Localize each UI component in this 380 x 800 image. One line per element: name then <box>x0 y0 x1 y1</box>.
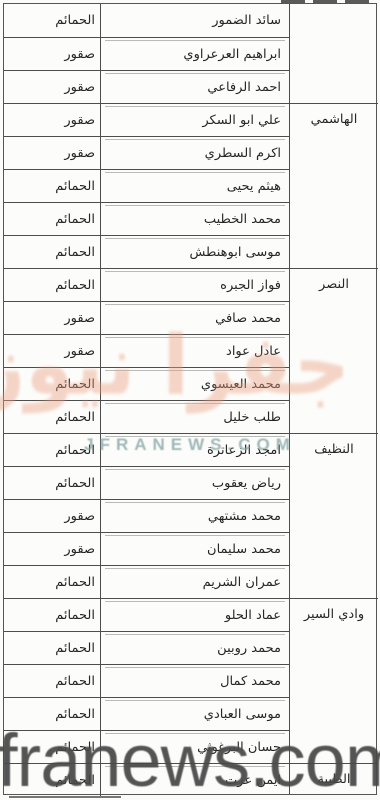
status-cell: صقور <box>4 301 101 334</box>
table-row: الحمائمعمران الشريم <box>4 565 289 598</box>
status-label: صقور <box>64 47 95 62</box>
region-cell: الطيبة <box>290 763 378 796</box>
status-label: الحمائم <box>55 13 95 28</box>
region-column: الهاشميالنصرالنظيفوادي السيرالطيبة <box>289 4 378 794</box>
person-name: ايمن عزت <box>225 773 281 788</box>
status-label: الحمائم <box>55 245 95 260</box>
status-label: الحمائم <box>55 575 95 590</box>
table-row: الحمائمموسى العبادي <box>4 697 289 730</box>
person-name: محمد صافي <box>215 311 281 326</box>
name-cell: محمد روبين <box>101 631 289 664</box>
person-name: محمد الخطيب <box>204 212 281 227</box>
person-name: ابراهيم العرعراوي <box>183 47 281 62</box>
name-cell: محمد العيسوي <box>101 367 289 400</box>
name-cell: موسى ابوهنطش <box>101 235 289 268</box>
status-label: الحمائم <box>55 278 95 293</box>
region-cell: النصر <box>290 268 378 433</box>
table-row: الحمائمموسى ابوهنطش <box>4 235 289 268</box>
name-cell: محمد صافي <box>101 301 289 334</box>
name-cell: محمد مشتهي <box>101 499 289 532</box>
name-cell: محمد الخطيب <box>101 202 289 235</box>
status-cell: الحمائم <box>4 598 101 631</box>
name-cell: فواز الجبره <box>101 268 289 301</box>
status-label: الحمائم <box>55 641 95 656</box>
scanned-document-page: الحمائمسائد الضمورصقورابراهيم العرعراويص… <box>0 0 380 800</box>
name-cell: طلب خليل <box>101 400 289 433</box>
table-row: صقورمحمد مشتهي <box>4 499 289 532</box>
status-cell: صقور <box>4 37 101 70</box>
status-cell: الحمائم <box>4 268 101 301</box>
status-cell: صقور <box>4 103 101 136</box>
status-label: الحمائم <box>55 674 95 689</box>
status-cell: صقور <box>4 532 101 565</box>
table-row: الحمائممحمد روبين <box>4 631 289 664</box>
members-table: الحمائمسائد الضمورصقورابراهيم العرعراويص… <box>3 3 377 795</box>
person-name: سائد الضمور <box>212 13 281 28</box>
table-row: صقورمحمد سليمان <box>4 532 289 565</box>
status-label: صقور <box>64 311 95 326</box>
status-cell: الحمائم <box>4 466 101 499</box>
table-row: الحمائمعماد الحلو <box>4 598 289 631</box>
scan-artifact-top-dash <box>281 0 373 3</box>
region-label: النظيف <box>314 442 354 457</box>
person-name: محمد سليمان <box>207 542 281 557</box>
table-row: الحمائممحمد كمال <box>4 664 289 697</box>
name-cell: سائد الضمور <box>101 4 289 37</box>
status-cell: الحمائم <box>4 565 101 598</box>
status-label: الحمائم <box>55 212 95 227</box>
name-cell: اكرم السطري <box>101 136 289 169</box>
status-label: صقور <box>64 509 95 524</box>
name-cell: عادل عواد <box>101 334 289 367</box>
name-cell: محمد سليمان <box>101 532 289 565</box>
table-row: الحمائمطلب خليل <box>4 400 289 433</box>
status-label: الحمائم <box>55 773 95 788</box>
status-label: الحمائم <box>55 179 95 194</box>
table-row: الحمائممحمد الخطيب <box>4 202 289 235</box>
name-cell: ابراهيم العرعراوي <box>101 37 289 70</box>
status-cell: الحمائم <box>4 4 101 37</box>
table-row: الحمائمفواز الجبره <box>4 268 289 301</box>
name-cell: هيثم يحيى <box>101 169 289 202</box>
region-label: الطيبة <box>317 772 350 787</box>
person-name: اكرم السطري <box>205 146 281 161</box>
name-cell: امجد الزعاترة <box>101 433 289 466</box>
name-cell: عمران الشريم <box>101 565 289 598</box>
name-cell: حسان البرغوثي <box>101 730 289 763</box>
person-name: هيثم يحيى <box>227 179 281 194</box>
person-name: عادل عواد <box>226 344 281 359</box>
status-cell: الحمائم <box>4 730 101 763</box>
status-cell: الحمائم <box>4 169 101 202</box>
person-name: رياض يعقوب <box>212 476 281 491</box>
table-row: الحمائممحمد العيسوي <box>4 367 289 400</box>
name-cell: رياض يعقوب <box>101 466 289 499</box>
person-name: فواز الجبره <box>220 278 281 293</box>
region-cell: الهاشمي <box>290 103 378 268</box>
status-cell: صقور <box>4 334 101 367</box>
person-name: موسى ابوهنطش <box>189 245 281 260</box>
status-cell: صقور <box>4 499 101 532</box>
status-cell: الحمائم <box>4 202 101 235</box>
region-cell <box>290 4 378 103</box>
person-name: محمد مشتهي <box>208 509 281 524</box>
name-cell: عماد الحلو <box>101 598 289 631</box>
status-cell: صقور <box>4 136 101 169</box>
status-label: الحمائم <box>55 476 95 491</box>
region-label: وادي السير <box>304 607 364 622</box>
status-label: الحمائم <box>55 443 95 458</box>
table-row: الحمائمايمن عزت <box>4 763 289 796</box>
table-row: صقورمحمد صافي <box>4 301 289 334</box>
person-name: محمد روبين <box>217 641 281 656</box>
status-label: صقور <box>64 542 95 557</box>
person-name: حسان البرغوثي <box>197 740 281 755</box>
region-label: الهاشمي <box>311 112 358 127</box>
person-name: عماد الحلو <box>225 608 281 623</box>
status-cell: الحمائم <box>4 400 101 433</box>
status-label: الحمائم <box>55 608 95 623</box>
table-row: الحمائمهيثم يحيى <box>4 169 289 202</box>
status-label: صقور <box>64 113 95 128</box>
status-cell: الحمائم <box>4 235 101 268</box>
person-name: طلب خليل <box>223 410 281 425</box>
person-name: محمد كمال <box>220 674 281 689</box>
table-row: صقورعادل عواد <box>4 334 289 367</box>
table-row: الحمائمامجد الزعاترة <box>4 433 289 466</box>
status-label: صقور <box>64 80 95 95</box>
person-name: عمران الشريم <box>203 575 281 590</box>
region-label: النصر <box>319 277 349 292</box>
person-name: محمد العيسوي <box>201 377 281 392</box>
table-rows-container: الحمائمسائد الضمورصقورابراهيم العرعراويص… <box>4 4 289 794</box>
table-row: صقوراكرم السطري <box>4 136 289 169</box>
status-cell: الحمائم <box>4 367 101 400</box>
table-row: صقوراحمد الرفاعي <box>4 70 289 103</box>
name-cell: علي ابو السكر <box>101 103 289 136</box>
status-cell: الحمائم <box>4 631 101 664</box>
person-name: احمد الرفاعي <box>207 80 281 95</box>
person-name: امجد الزعاترة <box>207 443 281 458</box>
status-cell: الحمائم <box>4 697 101 730</box>
status-cell: الحمائم <box>4 433 101 466</box>
name-cell: احمد الرفاعي <box>101 70 289 103</box>
table-row: الحمائمحسان البرغوثي <box>4 730 289 763</box>
status-label: صقور <box>64 146 95 161</box>
table-row: صقورابراهيم العرعراوي <box>4 37 289 70</box>
person-name: موسى العبادي <box>204 707 281 722</box>
name-cell: موسى العبادي <box>101 697 289 730</box>
table-row: الحمائمرياض يعقوب <box>4 466 289 499</box>
status-label: الحمائم <box>55 410 95 425</box>
status-cell: الحمائم <box>4 763 101 796</box>
name-cell: محمد كمال <box>101 664 289 697</box>
status-cell: الحمائم <box>4 664 101 697</box>
name-cell: ايمن عزت <box>101 763 289 796</box>
status-label: صقور <box>64 344 95 359</box>
status-label: الحمائم <box>55 377 95 392</box>
status-label: الحمائم <box>55 707 95 722</box>
scan-artifact-bottom-dash <box>9 796 121 798</box>
table-row: الحمائمسائد الضمور <box>4 4 289 37</box>
status-label: الحمائم <box>55 740 95 755</box>
table-row: صقورعلي ابو السكر <box>4 103 289 136</box>
region-cell: وادي السير <box>290 598 378 763</box>
status-cell: صقور <box>4 70 101 103</box>
person-name: علي ابو السكر <box>202 113 281 128</box>
region-cell: النظيف <box>290 433 378 598</box>
